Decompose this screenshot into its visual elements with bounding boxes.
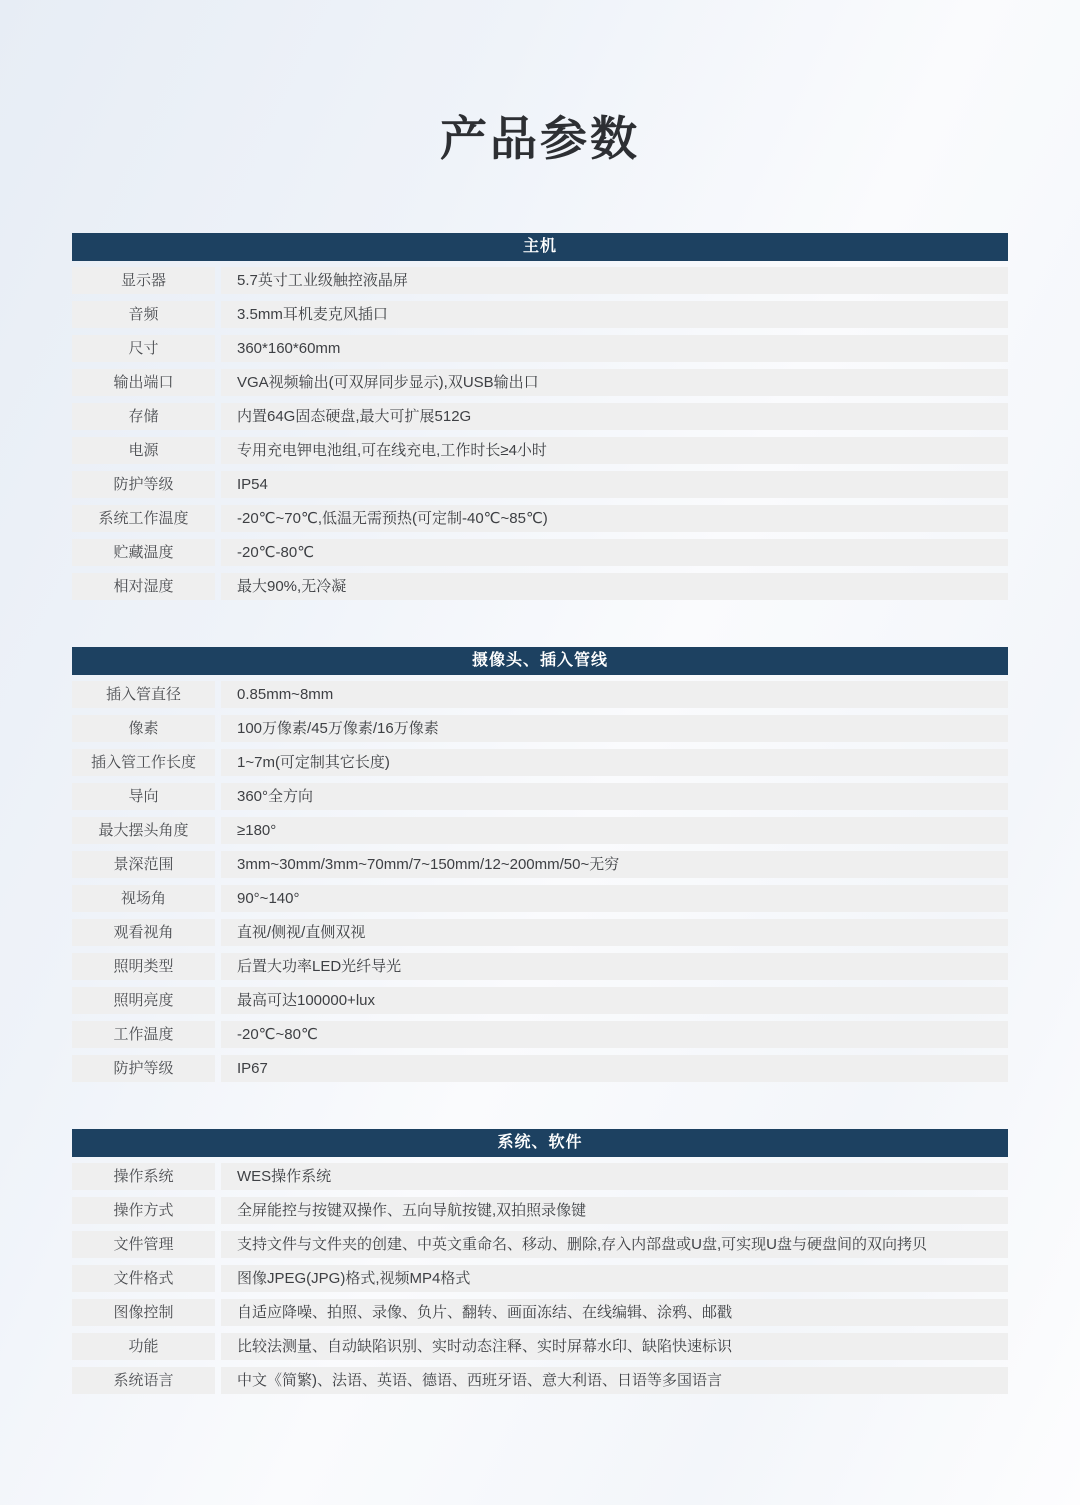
row-value: 支持文件与文件夹的创建、中英文重命名、移动、删除,存入内部盘或U盘,可实现U盘与… (221, 1231, 1008, 1258)
table-row: 相对湿度 最大90%,无冷凝 (72, 573, 1008, 600)
spec-table: 系统、软件 操作系统 WES操作系统 操作方式 全屏能控与按键双操作、五向导航按… (72, 1129, 1008, 1394)
row-label: 系统工作温度 (72, 505, 215, 532)
row-label: 防护等级 (72, 1055, 215, 1082)
spec-table: 摄像头、插入管线 插入管直径 0.85mm~8mm 像素 100万像素/45万像… (72, 647, 1008, 1082)
row-value: 90°~140° (221, 885, 1008, 912)
table-row: 防护等级 IP54 (72, 471, 1008, 498)
table-row: 观看视角 直视/侧视/直侧双视 (72, 919, 1008, 946)
row-label: 操作系统 (72, 1163, 215, 1190)
row-label: 视场角 (72, 885, 215, 912)
row-label: 显示器 (72, 267, 215, 294)
row-label: 最大摆头角度 (72, 817, 215, 844)
table-rows: 插入管直径 0.85mm~8mm 像素 100万像素/45万像素/16万像素 插… (72, 681, 1008, 1082)
row-value: ≥180° (221, 817, 1008, 844)
row-label: 插入管工作长度 (72, 749, 215, 776)
table-rows: 操作系统 WES操作系统 操作方式 全屏能控与按键双操作、五向导航按键,双拍照录… (72, 1163, 1008, 1394)
spec-tables: 主机 显示器 5.7英寸工业级触控液晶屏 音频 3.5mm耳机麦克风插口 尺寸 … (72, 233, 1008, 1394)
row-label: 相对湿度 (72, 573, 215, 600)
row-value: VGA视频输出(可双屏同步显示),双USB输出口 (221, 369, 1008, 396)
row-value: 5.7英寸工业级触控液晶屏 (221, 267, 1008, 294)
row-value: 100万像素/45万像素/16万像素 (221, 715, 1008, 742)
row-label: 尺寸 (72, 335, 215, 362)
row-label: 照明类型 (72, 953, 215, 980)
table-title: 系统、软件 (72, 1129, 1008, 1157)
row-label: 图像控制 (72, 1299, 215, 1326)
row-value: -20℃~80℃ (221, 1021, 1008, 1048)
row-value: 3mm~30mm/3mm~70mm/7~150mm/12~200mm/50~无穷 (221, 851, 1008, 878)
row-label: 景深范围 (72, 851, 215, 878)
table-row: 视场角 90°~140° (72, 885, 1008, 912)
table-row: 照明类型 后置大功率LED光纤导光 (72, 953, 1008, 980)
table-row: 插入管直径 0.85mm~8mm (72, 681, 1008, 708)
table-row: 操作系统 WES操作系统 (72, 1163, 1008, 1190)
table-title: 摄像头、插入管线 (72, 647, 1008, 675)
row-label: 观看视角 (72, 919, 215, 946)
row-value: 图像JPEG(JPG)格式,视频MP4格式 (221, 1265, 1008, 1292)
row-value: 3.5mm耳机麦克风插口 (221, 301, 1008, 328)
row-value: 专用充电钾电池组,可在线充电,工作时长≥4小时 (221, 437, 1008, 464)
row-value: 最大90%,无冷凝 (221, 573, 1008, 600)
row-label: 防护等级 (72, 471, 215, 498)
row-label: 存储 (72, 403, 215, 430)
row-label: 插入管直径 (72, 681, 215, 708)
row-value: WES操作系统 (221, 1163, 1008, 1190)
table-row: 照明亮度 最高可达100000+lux (72, 987, 1008, 1014)
row-label: 文件管理 (72, 1231, 215, 1258)
row-value: IP67 (221, 1055, 1008, 1082)
table-row: 系统语言 中文《简繁)、法语、英语、德语、西班牙语、意大利语、日语等多国语言 (72, 1367, 1008, 1394)
table-row: 输出端口 VGA视频输出(可双屏同步显示),双USB输出口 (72, 369, 1008, 396)
row-label: 贮藏温度 (72, 539, 215, 566)
row-value: 直视/侧视/直侧双视 (221, 919, 1008, 946)
table-row: 音频 3.5mm耳机麦克风插口 (72, 301, 1008, 328)
row-label: 像素 (72, 715, 215, 742)
table-row: 插入管工作长度 1~7m(可定制其它长度) (72, 749, 1008, 776)
row-label: 导向 (72, 783, 215, 810)
table-title: 主机 (72, 233, 1008, 261)
table-row: 文件格式 图像JPEG(JPG)格式,视频MP4格式 (72, 1265, 1008, 1292)
row-value: 最高可达100000+lux (221, 987, 1008, 1014)
table-row: 文件管理 支持文件与文件夹的创建、中英文重命名、移动、删除,存入内部盘或U盘,可… (72, 1231, 1008, 1258)
table-row: 功能 比较法测量、自动缺陷识别、实时动态注释、实时屏幕水印、缺陷快速标识 (72, 1333, 1008, 1360)
row-value: 中文《简繁)、法语、英语、德语、西班牙语、意大利语、日语等多国语言 (221, 1367, 1008, 1394)
row-label: 系统语言 (72, 1367, 215, 1394)
row-value: -20℃~70℃,低温无需预热(可定制-40℃~85℃) (221, 505, 1008, 532)
table-row: 景深范围 3mm~30mm/3mm~70mm/7~150mm/12~200mm/… (72, 851, 1008, 878)
row-value: 全屏能控与按键双操作、五向导航按键,双拍照录像键 (221, 1197, 1008, 1224)
row-label: 文件格式 (72, 1265, 215, 1292)
table-row: 操作方式 全屏能控与按键双操作、五向导航按键,双拍照录像键 (72, 1197, 1008, 1224)
row-value: 后置大功率LED光纤导光 (221, 953, 1008, 980)
table-row: 尺寸 360*160*60mm (72, 335, 1008, 362)
row-value: 内置64G固态硬盘,最大可扩展512G (221, 403, 1008, 430)
row-label: 输出端口 (72, 369, 215, 396)
row-value: 1~7m(可定制其它长度) (221, 749, 1008, 776)
table-rows: 显示器 5.7英寸工业级触控液晶屏 音频 3.5mm耳机麦克风插口 尺寸 360… (72, 267, 1008, 600)
table-row: 导向 360°全方向 (72, 783, 1008, 810)
row-label: 音频 (72, 301, 215, 328)
table-row: 存储 内置64G固态硬盘,最大可扩展512G (72, 403, 1008, 430)
table-row: 工作温度 -20℃~80℃ (72, 1021, 1008, 1048)
table-row: 贮藏温度 -20℃-80℃ (72, 539, 1008, 566)
table-row: 最大摆头角度 ≥180° (72, 817, 1008, 844)
table-row: 显示器 5.7英寸工业级触控液晶屏 (72, 267, 1008, 294)
row-value: 自适应降噪、拍照、录像、负片、翻转、画面冻结、在线编辑、涂鸦、邮戳 (221, 1299, 1008, 1326)
row-label: 功能 (72, 1333, 215, 1360)
row-value: 360*160*60mm (221, 335, 1008, 362)
row-label: 操作方式 (72, 1197, 215, 1224)
table-row: 像素 100万像素/45万像素/16万像素 (72, 715, 1008, 742)
table-row: 电源 专用充电钾电池组,可在线充电,工作时长≥4小时 (72, 437, 1008, 464)
spec-table: 主机 显示器 5.7英寸工业级触控液晶屏 音频 3.5mm耳机麦克风插口 尺寸 … (72, 233, 1008, 600)
product-parameters-page: 产品参数 主机 显示器 5.7英寸工业级触控液晶屏 音频 3.5mm耳机麦克风插… (0, 0, 1080, 1505)
row-value: 0.85mm~8mm (221, 681, 1008, 708)
table-row: 系统工作温度 -20℃~70℃,低温无需预热(可定制-40℃~85℃) (72, 505, 1008, 532)
row-label: 电源 (72, 437, 215, 464)
row-value: 360°全方向 (221, 783, 1008, 810)
row-label: 照明亮度 (72, 987, 215, 1014)
row-value: IP54 (221, 471, 1008, 498)
table-row: 图像控制 自适应降噪、拍照、录像、负片、翻转、画面冻结、在线编辑、涂鸦、邮戳 (72, 1299, 1008, 1326)
row-label: 工作温度 (72, 1021, 215, 1048)
table-row: 防护等级 IP67 (72, 1055, 1008, 1082)
page-title: 产品参数 (0, 0, 1080, 160)
row-value: -20℃-80℃ (221, 539, 1008, 566)
row-value: 比较法测量、自动缺陷识别、实时动态注释、实时屏幕水印、缺陷快速标识 (221, 1333, 1008, 1360)
